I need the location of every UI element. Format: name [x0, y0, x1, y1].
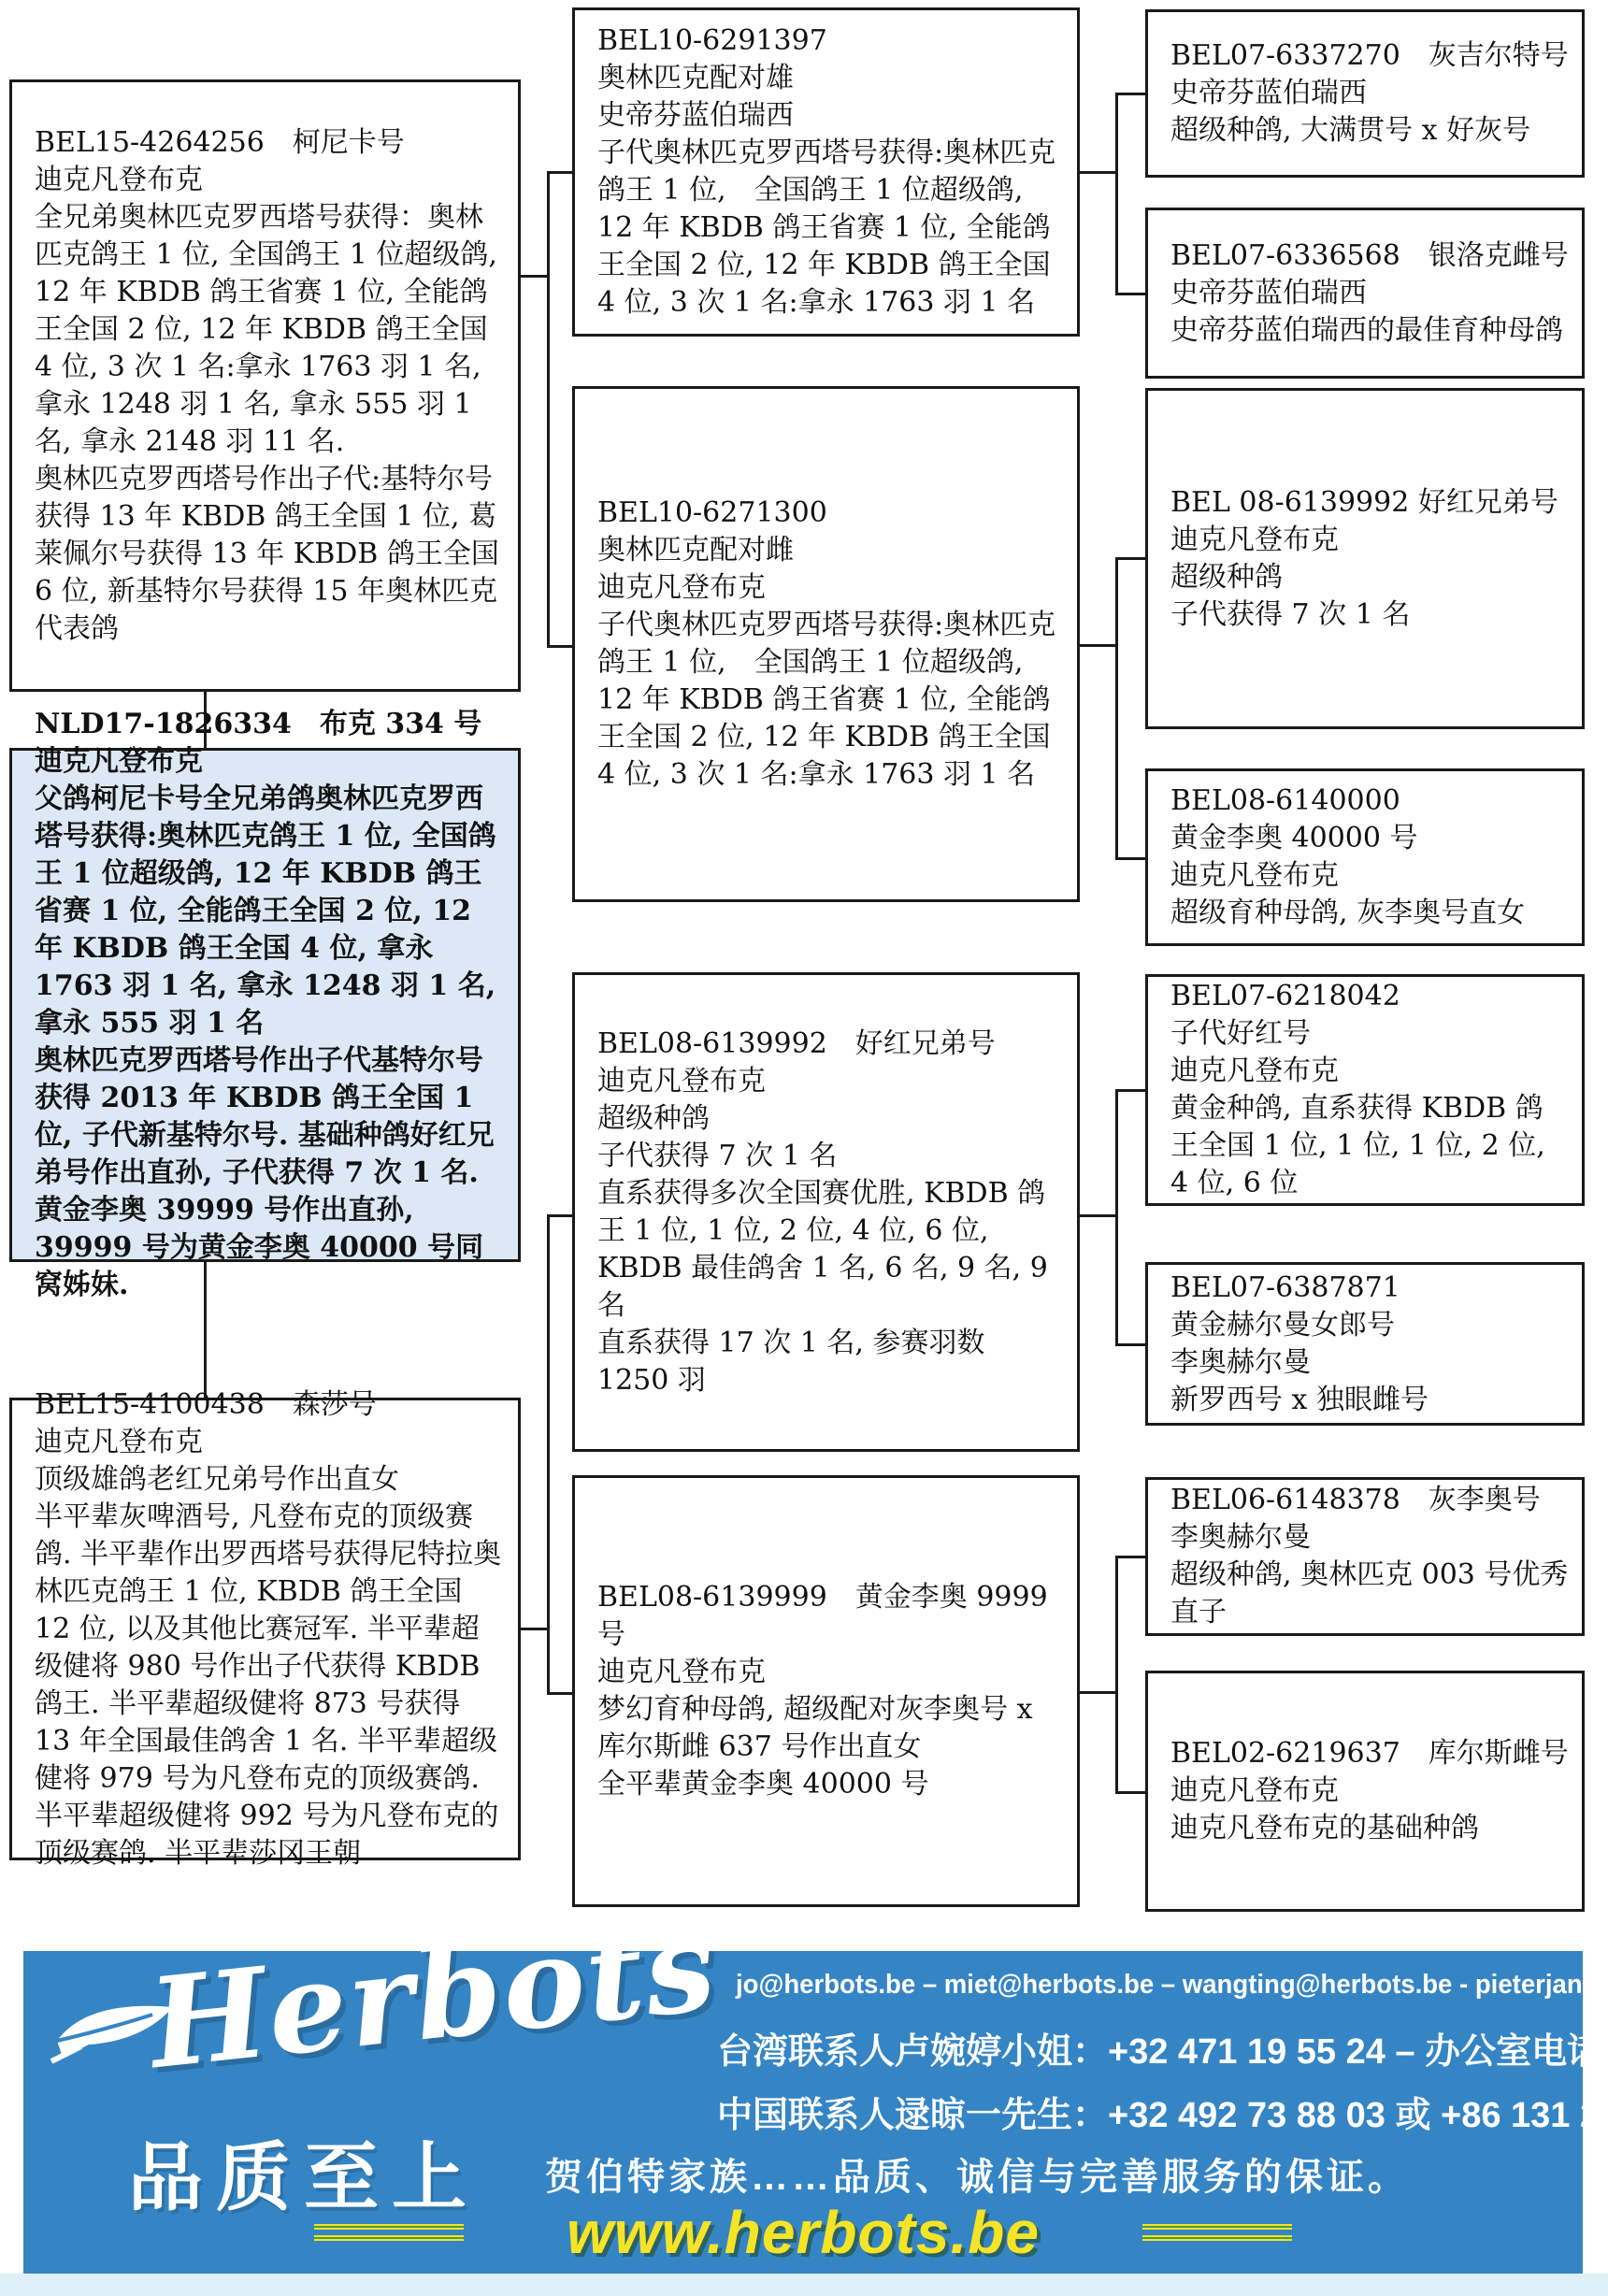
pigeon-name-line: 黄金李奥 40000 号 [1170, 820, 1569, 857]
pedigree-box-ggp3: BEL 08-6139992 好红兄弟号 迪克凡登布克 超级种鸽 子代获得 7 … [1145, 388, 1585, 729]
herbots-logo-text: Herbots [143, 1951, 724, 2097]
decorative-lines-right [1142, 2224, 1292, 2241]
loft-line: 迪克凡登布克 [35, 1424, 505, 1461]
connector-stub-ggp1 [1118, 93, 1145, 95]
decorative-lines-left [314, 2224, 464, 2241]
description-line: 超级种鸽, 大满贯号 x 好灰号 [1170, 112, 1569, 150]
description-line: 史帝芬蓝伯瑞西的最佳育种母鸽 [1170, 312, 1569, 350]
loft-line: 迪克凡登布克 [1170, 1772, 1569, 1810]
description-line: 父鸽柯尼卡号全兄弟鸽奥林匹克罗西塔号获得:奥林匹克鸽王 1 位, 全国鸽王 1 … [35, 781, 505, 1042]
connector-stub-ggp3 [1118, 557, 1145, 560]
description-line: 子代获得 7 次 1 名 [597, 1138, 1064, 1175]
connector-mgrandsire-branch [1080, 1214, 1115, 1217]
email-contacts-line: jo@herbots.be – miet@herbots.be – wangti… [736, 1970, 1583, 2001]
description-line: 直系获得多次全国赛优胜, KBDB 鸽王 1 位, 1 位, 2 位, 4 位,… [597, 1175, 1064, 1325]
connector-pgranddam-branch [1080, 644, 1115, 647]
pedigree-box-ggp5: BEL07-6218042 子代好红号 迪克凡登布克 黄金种鸽, 直系获得 KB… [1145, 974, 1585, 1206]
ring-name-line: BEL02-6219637 库尔斯雌号 [1170, 1735, 1569, 1772]
description-line: 半平辈灰啤酒号, 凡登布克的顶级赛鸽. 半平辈作出罗西塔号获得尼特拉奥林匹克鸽王… [35, 1499, 505, 1873]
pedigree-box-maternal-granddam: BEL08-6139999 黄金李奥 9999 号 迪克凡登布克 梦幻育种母鸽,… [572, 1475, 1080, 1907]
description-line: 梦幻育种母鸽, 超级配对灰李奥号 x 库尔斯雌 637 号作出直女 [597, 1691, 1064, 1766]
description-line: 全兄弟奥林匹克罗西塔号获得：奥林匹克鸽王 1 位, 全国鸽王 1 位超级鸽, 1… [35, 199, 505, 461]
connector-stub-pgrandsire [550, 171, 572, 174]
ring-name-line: BEL15-4100438 森莎号 [35, 1386, 505, 1424]
loft-line: 迪克凡登布克 [1170, 522, 1569, 559]
connector-father-bracket [547, 171, 550, 648]
loft-line: 迪克凡登布克 [35, 162, 505, 199]
ring-name-line: BEL10-6291397 [597, 22, 1064, 60]
pedigree-box-paternal-grandsire: BEL10-6291397 奥林匹克配对雄 史帝芬蓝伯瑞西 子代奥林匹克罗西塔号… [572, 7, 1080, 337]
description-line: 奥林匹克罗西塔号作出子代:基特尔号获得 13 年 KBDB 鸽王全国 1 位, … [35, 461, 505, 648]
pigeon-name-line: 子代好红号 [1170, 1015, 1569, 1053]
family-slogan-line: 贺伯特家族……品质、诚信与完善服务的保证。 [416, 2147, 1538, 2201]
connector-stub-ggp6 [1118, 1343, 1145, 1346]
pedigree-box-subject: NLD17-1826334 布克 334 号 迪克凡登布克 父鸽柯尼卡号全兄弟鸽… [9, 748, 521, 1262]
connector-stub-ggp8 [1118, 1791, 1145, 1794]
loft-line: 奥林匹克配对雌 [597, 532, 1064, 569]
pigeon-name-line: 黄金赫尔曼女郎号 [1170, 1307, 1569, 1344]
loft-line: 迪克凡登布克 [1170, 857, 1569, 895]
pedigree-box-ggp7: BEL06-6148378 灰李奥号 李奥赫尔曼 超级种鸽, 奥林匹克 003 … [1145, 1477, 1585, 1636]
connector-mgrandsire-bracket [1115, 1089, 1118, 1346]
connector-pgrandsire-bracket [1115, 93, 1118, 295]
pedigree-box-ggp6: BEL07-6387871 黄金赫尔曼女郎号 李奥赫尔曼 新罗西号 x 独眼雌号 [1145, 1262, 1585, 1426]
description-line: 奥林匹克罗西塔号作出子代基特尔号获得 2013 年 KBDB 鸽王全国 1 位,… [35, 1042, 505, 1304]
contact-taiwan-line: 台湾联系人卢婉婷小姐：+32 471 19 55 24 – 办公室电话：+32 … [717, 2022, 1583, 2074]
pedigree-box-paternal-granddam: BEL10-6271300 奥林匹克配对雌 迪克凡登布克 子代奥林匹克罗西塔号获… [572, 386, 1080, 902]
description-line: 超级育种母鸽, 灰李奥号直女 [1170, 895, 1569, 932]
pedigree-box-ggp2: BEL07-6336568 银洛克雌号 史帝芬蓝伯瑞西 史帝芬蓝伯瑞西的最佳育种… [1145, 208, 1585, 379]
page-bottom-strip [0, 2274, 1608, 2296]
ring-name-line: BEL08-6140000 [1170, 782, 1569, 820]
ring-name-line: BEL06-6148378 灰李奥号 [1170, 1482, 1569, 1519]
ring-name-line: NLD17-1826334 布克 334 号 [35, 706, 505, 743]
website-row: www.herbots.be [23, 2200, 1583, 2265]
ring-name-line: BEL08-6139992 好红兄弟号 [597, 1026, 1064, 1063]
description-line: 子代获得 7 次 1 名 [1170, 596, 1569, 634]
connector-mother-bracket [547, 1214, 550, 1695]
description-line: 子代奥林匹克罗西塔号获得:奥林匹克鸽王 1 位, 全国鸽王 1 位超级鸽, 12… [597, 135, 1064, 322]
contact-china-line: 中国联系人逯晾一先生：+32 492 73 88 03 或 +86 131 20… [717, 2086, 1583, 2137]
pedigree-box-ggp4: BEL08-6140000 黄金李奥 40000 号 迪克凡登布克 超级育种母鸽… [1145, 768, 1585, 946]
loft-line: 奥林匹克配对雄 [597, 60, 1064, 97]
ring-name-line: BEL07-6337270 灰吉尔特号 [1170, 37, 1569, 75]
description-line: 顶级雄鸽老红兄弟号作出直女 [35, 1461, 505, 1499]
ring-name-line: BEL07-6336568 银洛克雌号 [1170, 237, 1569, 275]
description-line: 超级种鸽, 奥林匹克 003 号优秀直子 [1170, 1557, 1569, 1631]
loft-line: 迪克凡登布克 [35, 743, 505, 781]
website-url: www.herbots.be [567, 2198, 1040, 2267]
description-line: 子代奥林匹克罗西塔号获得:奥林匹克鸽王 1 位, 全国鸽王 1 位超级鸽, 12… [597, 607, 1064, 794]
connector-stub-ggp5 [1118, 1089, 1145, 1092]
connector-stub-mgrandsire [550, 1214, 572, 1217]
loft-line: 迪克凡登布克 [597, 1063, 1064, 1100]
description-line: 迪克凡登布克的基础种鸽 [1170, 1810, 1569, 1847]
ring-name-line: BEL15-4264256 柯尼卡号 [35, 124, 505, 162]
connector-stub-pgranddam [550, 645, 572, 648]
description-line: 超级种鸽 [597, 1100, 1064, 1138]
ring-name-line: BEL 08-6139992 好红兄弟号 [1170, 484, 1569, 522]
ring-name-line: BEL07-6218042 [1170, 978, 1569, 1015]
description-line: 新罗西号 x 独眼雌号 [1170, 1382, 1569, 1419]
loft-line: 迪克凡登布克 [597, 1654, 1064, 1691]
loft-line: 史帝芬蓝伯瑞西 [1170, 275, 1569, 312]
description-line: 黄金种鸽, 直系获得 KBDB 鸽王全国 1 位, 1 位, 1 位, 2 位,… [1170, 1090, 1569, 1202]
connector-stub-ggp2 [1118, 293, 1145, 295]
pedigree-box-ggp8: BEL02-6219637 库尔斯雌号 迪克凡登布克 迪克凡登布克的基础种鸽 [1145, 1671, 1585, 1912]
connector-mother-branch [521, 1628, 547, 1630]
connector-stub-ggp7 [1118, 1556, 1145, 1558]
pedigree-box-ggp1: BEL07-6337270 灰吉尔特号 史帝芬蓝伯瑞西 超级种鸽, 大满贯号 x… [1145, 9, 1585, 178]
connector-stub-ggp4 [1118, 857, 1145, 860]
loft-line: 史帝芬蓝伯瑞西 [597, 97, 1064, 135]
loft-line: 迪克凡登布克 [597, 569, 1064, 607]
connector-mgranddam-branch [1080, 1691, 1115, 1694]
pedigree-box-father: BEL15-4264256 柯尼卡号 迪克凡登布克 全兄弟奥林匹克罗西塔号获得：… [9, 79, 521, 692]
ring-name-line: BEL10-6271300 [597, 495, 1064, 532]
pedigree-box-mother: BEL15-4100438 森莎号 迪克凡登布克 顶级雄鸽老红兄弟号作出直女 半… [9, 1398, 521, 1860]
loft-line: 迪克凡登布克 [1170, 1053, 1569, 1090]
connector-pgrandsire-branch [1080, 171, 1115, 174]
connector-pgranddam-bracket [1115, 557, 1118, 860]
description-line: 超级种鸽 [1170, 559, 1569, 596]
loft-line: 李奥赫尔曼 [1170, 1519, 1569, 1557]
connector-stub-mgranddam [550, 1692, 572, 1695]
connector-father-branch [521, 275, 547, 278]
pedigree-page: BEL15-4264256 柯尼卡号 迪克凡登布克 全兄弟奥林匹克罗西塔号获得：… [0, 0, 1608, 2296]
loft-line: 李奥赫尔曼 [1170, 1344, 1569, 1382]
loft-line: 史帝芬蓝伯瑞西 [1170, 75, 1569, 112]
ring-name-line: BEL08-6139999 黄金李奥 9999 号 [597, 1579, 1064, 1654]
footer-banner: Herbots 品质至上 jo@herbots.be – miet@herbot… [23, 1951, 1583, 2274]
description-line: 直系获得 17 次 1 名, 参赛羽数 1250 羽 [597, 1325, 1064, 1399]
pedigree-box-maternal-grandsire: BEL08-6139992 好红兄弟号 迪克凡登布克 超级种鸽 子代获得 7 次… [572, 972, 1080, 1452]
ring-name-line: BEL07-6387871 [1170, 1270, 1569, 1307]
connector-mgranddam-bracket [1115, 1556, 1118, 1794]
description-line: 全平辈黄金李奥 40000 号 [597, 1766, 1064, 1803]
